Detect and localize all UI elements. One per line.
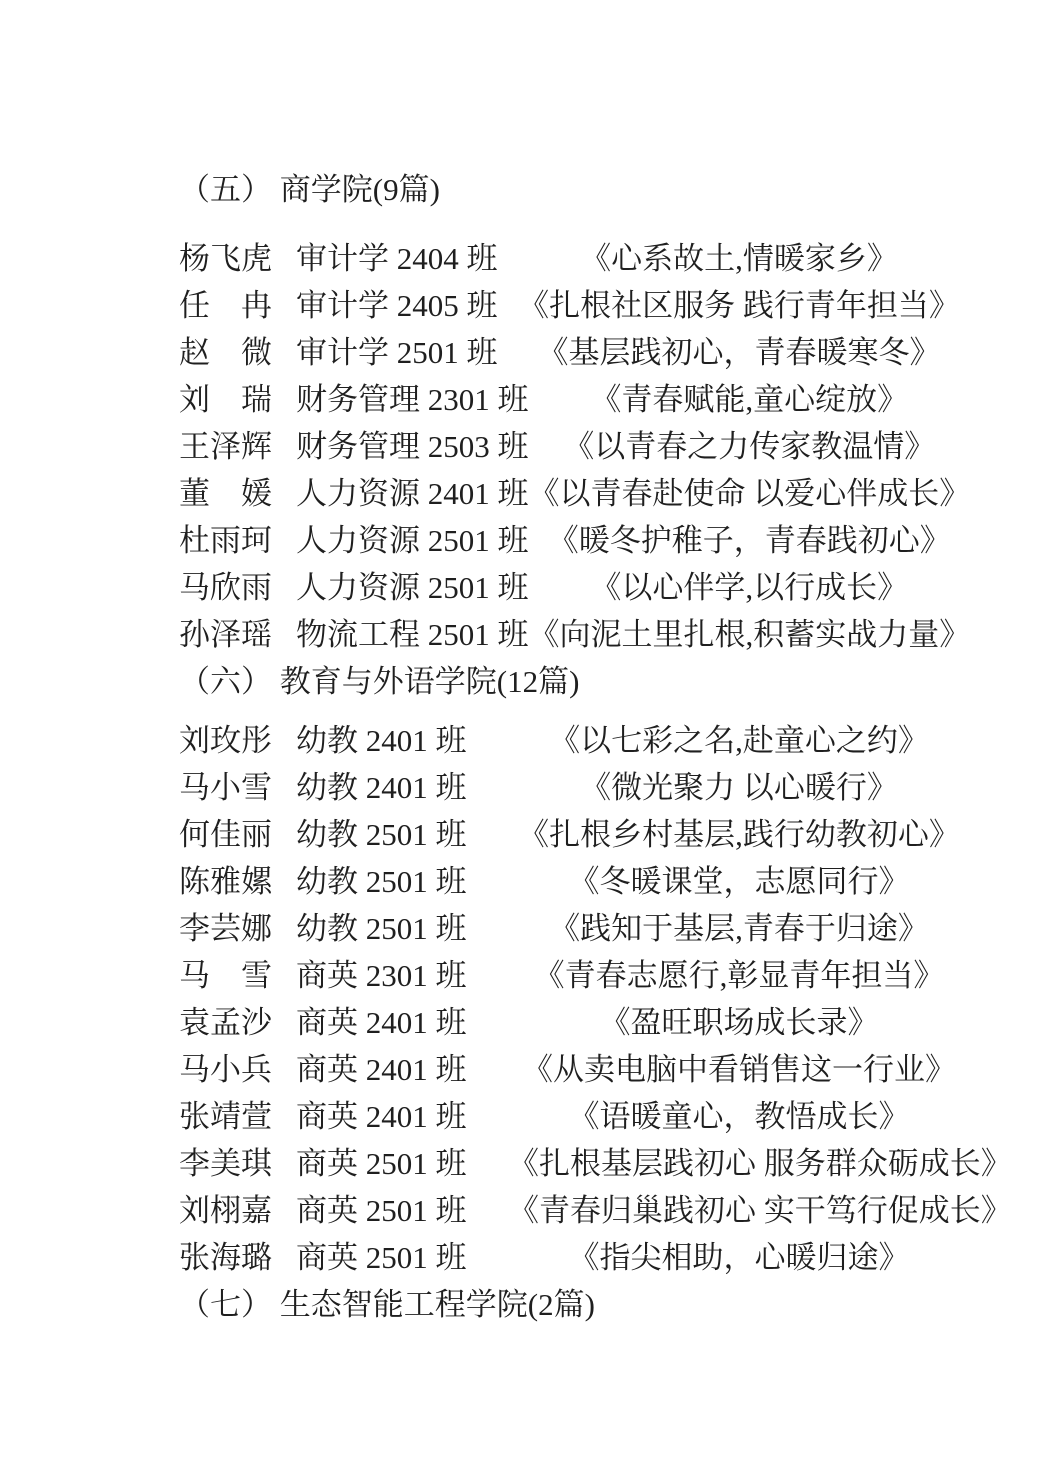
- class-name: 商英 2501 班: [296, 1234, 508, 1281]
- essay-title: 《青春志愿行,彰显青年担当》: [508, 952, 970, 999]
- class-name: 财务管理 2301 班: [296, 376, 529, 423]
- entry-row: 陈雅嫘 幼教 2501 班 《冬暖课堂，志愿同行》: [179, 858, 970, 905]
- student-name: 马小雪: [179, 764, 282, 811]
- essay-title: 《扎根乡村基层,践行幼教初心》: [508, 811, 970, 858]
- class-name: 商英 2401 班: [296, 1093, 508, 1140]
- student-name: 赵 微: [179, 329, 282, 376]
- class-name: 人力资源 2401 班: [296, 470, 529, 517]
- college-section: （五） 商学院(9篇) 杨飞虎 审计学 2404 班 《心系故土,情暖家乡》 任…: [179, 166, 970, 658]
- student-name: 任 冉: [179, 282, 282, 329]
- class-name: 人力资源 2501 班: [296, 564, 529, 611]
- essay-title: 《扎根基层践初心 服务群众砺成长》: [508, 1140, 1012, 1187]
- essay-title: 《指尖相助，心暖归途》: [508, 1234, 970, 1281]
- essay-title: 《青春赋能,童心绽放》: [529, 376, 971, 423]
- essay-title: 《以心伴学,以行成长》: [529, 564, 971, 611]
- essay-title: 《以青春之力传家教温情》: [529, 423, 971, 470]
- entry-row: 张海璐 商英 2501 班 《指尖相助，心暖归途》: [179, 1234, 970, 1281]
- student-name: 马小兵: [179, 1046, 282, 1093]
- student-name: 袁孟沙: [179, 999, 282, 1046]
- document-content: （五） 商学院(9篇) 杨飞虎 审计学 2404 班 《心系故土,情暖家乡》 任…: [179, 166, 970, 1340]
- entry-row: 何佳丽 幼教 2501 班 《扎根乡村基层,践行幼教初心》: [179, 811, 970, 858]
- student-name: 张靖萱: [179, 1093, 282, 1140]
- class-name: 财务管理 2503 班: [296, 423, 529, 470]
- entry-row: 杜雨珂 人力资源 2501 班 《暖冬护稚子，青春践初心》: [179, 517, 970, 564]
- essay-title: 《从卖电脑中看销售这一行业》: [508, 1046, 970, 1093]
- class-name: 审计学 2405 班: [296, 282, 508, 329]
- section-heading: （六） 教育与外语学院(12篇): [179, 658, 970, 705]
- essay-title: 《语暖童心，教悟成长》: [508, 1093, 970, 1140]
- student-name: 董 媛: [179, 470, 282, 517]
- essay-title: 《向泥土里扎根,积蓄实战力量》: [529, 611, 971, 658]
- class-name: 审计学 2501 班: [296, 329, 508, 376]
- entry-row: 马 雪 商英 2301 班 《青春志愿行,彰显青年担当》: [179, 952, 970, 999]
- essay-title: 《微光聚力 以心暖行》: [508, 764, 970, 811]
- document-page: （五） 商学院(9篇) 杨飞虎 审计学 2404 班 《心系故土,情暖家乡》 任…: [0, 0, 1042, 1470]
- entry-row: 刘 瑞 财务管理 2301 班 《青春赋能,童心绽放》: [179, 376, 970, 423]
- entry-row: 董 媛 人力资源 2401 班 《以青春赴使命 以爱心伴成长》: [179, 470, 970, 517]
- class-name: 商英 2501 班: [296, 1140, 508, 1187]
- section-rows: 刘玫彤 幼教 2401 班 《以七彩之名,赴童心之约》 马小雪 幼教 2401 …: [179, 717, 970, 1281]
- essay-title: 《冬暖课堂，志愿同行》: [508, 858, 970, 905]
- essay-title: 《心系故土,情暖家乡》: [508, 235, 970, 282]
- essay-title: 《扎根社区服务 践行青年担当》: [508, 282, 970, 329]
- class-name: 商英 2301 班: [296, 952, 508, 999]
- essay-title: 《基层践初心，青春暖寒冬》: [508, 329, 970, 376]
- entry-row: 任 冉 审计学 2405 班 《扎根社区服务 践行青年担当》: [179, 282, 970, 329]
- student-name: 何佳丽: [179, 811, 282, 858]
- class-name: 幼教 2401 班: [296, 764, 508, 811]
- student-name: 王泽辉: [179, 423, 282, 470]
- entry-row: 刘栩嘉 商英 2501 班 《青春归巢践初心 实干笃行促成长》: [179, 1187, 970, 1234]
- essay-title: 《以青春赴使命 以爱心伴成长》: [529, 470, 971, 517]
- student-name: 刘 瑞: [179, 376, 282, 423]
- entry-row: 马欣雨 人力资源 2501 班 《以心伴学,以行成长》: [179, 564, 970, 611]
- student-name: 李美琪: [179, 1140, 282, 1187]
- college-section: （七） 生态智能工程学院(2篇): [179, 1281, 970, 1328]
- entry-row: 杨飞虎 审计学 2404 班 《心系故土,情暖家乡》: [179, 235, 970, 282]
- class-name: 幼教 2501 班: [296, 858, 508, 905]
- student-name: 杨飞虎: [179, 235, 282, 282]
- entry-row: 赵 微 审计学 2501 班 《基层践初心，青春暖寒冬》: [179, 329, 970, 376]
- student-name: 马 雪: [179, 952, 282, 999]
- entry-row: 孙泽瑶 物流工程 2501 班 《向泥土里扎根,积蓄实战力量》: [179, 611, 970, 658]
- student-name: 李芸娜: [179, 905, 282, 952]
- entry-row: 马小雪 幼教 2401 班 《微光聚力 以心暖行》: [179, 764, 970, 811]
- student-name: 张海璐: [179, 1234, 282, 1281]
- entry-row: 王泽辉 财务管理 2503 班 《以青春之力传家教温情》: [179, 423, 970, 470]
- essay-title: 《践知于基层,青春于归途》: [508, 905, 970, 952]
- essay-title: 《以七彩之名,赴童心之约》: [508, 717, 970, 764]
- entry-row: 张靖萱 商英 2401 班 《语暖童心，教悟成长》: [179, 1093, 970, 1140]
- essay-title: 《青春归巢践初心 实干笃行促成长》: [508, 1187, 1012, 1234]
- class-name: 人力资源 2501 班: [296, 517, 529, 564]
- class-name: 商英 2401 班: [296, 999, 508, 1046]
- class-name: 商英 2501 班: [296, 1187, 508, 1234]
- class-name: 商英 2401 班: [296, 1046, 508, 1093]
- entry-row: 马小兵 商英 2401 班 《从卖电脑中看销售这一行业》: [179, 1046, 970, 1093]
- class-name: 幼教 2501 班: [296, 905, 508, 952]
- class-name: 幼教 2401 班: [296, 717, 508, 764]
- essay-title: 《盈旺职场成长录》: [508, 999, 970, 1046]
- entry-row: 袁孟沙 商英 2401 班 《盈旺职场成长录》: [179, 999, 970, 1046]
- essay-title: 《暖冬护稚子，青春践初心》: [529, 517, 971, 564]
- entry-row: 李美琪 商英 2501 班 《扎根基层践初心 服务群众砺成长》: [179, 1140, 970, 1187]
- student-name: 孙泽瑶: [179, 611, 282, 658]
- class-name: 审计学 2404 班: [296, 235, 508, 282]
- student-name: 陈雅嫘: [179, 858, 282, 905]
- student-name: 杜雨珂: [179, 517, 282, 564]
- college-section: （六） 教育与外语学院(12篇) 刘玫彤 幼教 2401 班 《以七彩之名,赴童…: [179, 658, 970, 1281]
- student-name: 刘栩嘉: [179, 1187, 282, 1234]
- section-heading: （五） 商学院(9篇): [179, 166, 970, 213]
- section-rows: 杨飞虎 审计学 2404 班 《心系故土,情暖家乡》 任 冉 审计学 2405 …: [179, 235, 970, 658]
- class-name: 物流工程 2501 班: [296, 611, 529, 658]
- section-heading: （七） 生态智能工程学院(2篇): [179, 1281, 970, 1328]
- student-name: 刘玫彤: [179, 717, 282, 764]
- student-name: 马欣雨: [179, 564, 282, 611]
- entry-row: 刘玫彤 幼教 2401 班 《以七彩之名,赴童心之约》: [179, 717, 970, 764]
- class-name: 幼教 2501 班: [296, 811, 508, 858]
- entry-row: 李芸娜 幼教 2501 班 《践知于基层,青春于归途》: [179, 905, 970, 952]
